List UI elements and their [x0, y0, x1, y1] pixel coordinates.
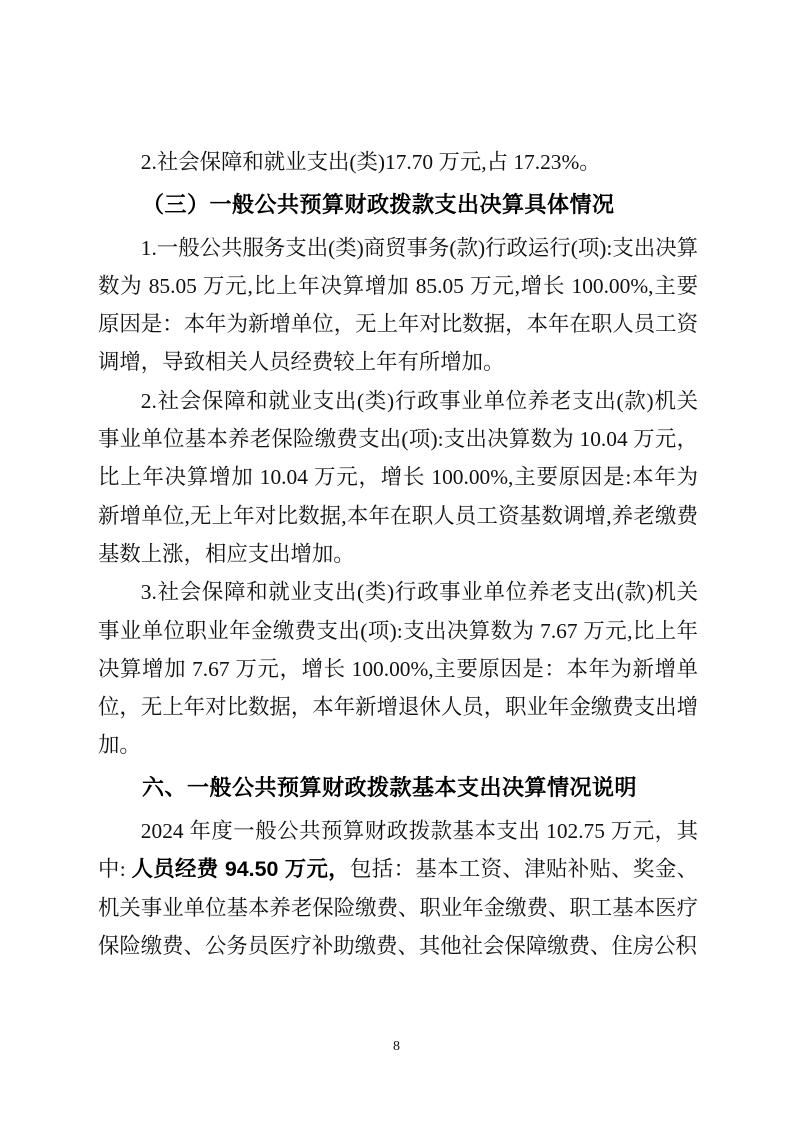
paragraph-social-security-summary: 2.社会保障和就业支出(类)17.70 万元,占 17.23%。 — [98, 143, 698, 181]
paragraph-basic-expenditure: 2024 年度一般公共预算财政拨款基本支出 102.75 万元，其中: 人员经费… — [98, 812, 698, 965]
document-body: 2.社会保障和就业支出(类)17.70 万元,占 17.23%。 （三）一般公共… — [98, 143, 698, 965]
paragraph-occupational-annuity: 3.社会保障和就业支出(类)行政事业单位养老支出(款)机关事业单位职业年金缴费支… — [98, 573, 698, 764]
paragraph-general-public-service: 1.一般公共服务支出(类)商贸事务(款)行政运行(项):支出决算数为 85.05… — [98, 229, 698, 382]
heading-section-3: （三）一般公共预算财政拨款支出决算具体情况 — [98, 186, 698, 224]
document-page: 2.社会保障和就业支出(类)17.70 万元,占 17.23%。 （三）一般公共… — [0, 0, 793, 1122]
heading-section-6: 六、一般公共预算财政拨款基本支出决算情况说明 — [98, 769, 698, 807]
paragraph-pension-insurance: 2.社会保障和就业支出(类)行政事业单位养老支出(款)机关事业单位基本养老保险缴… — [98, 382, 698, 573]
personnel-expense-bold-text: 人员经费 94.50 万元， — [131, 857, 350, 881]
page-number: 8 — [0, 1038, 793, 1056]
